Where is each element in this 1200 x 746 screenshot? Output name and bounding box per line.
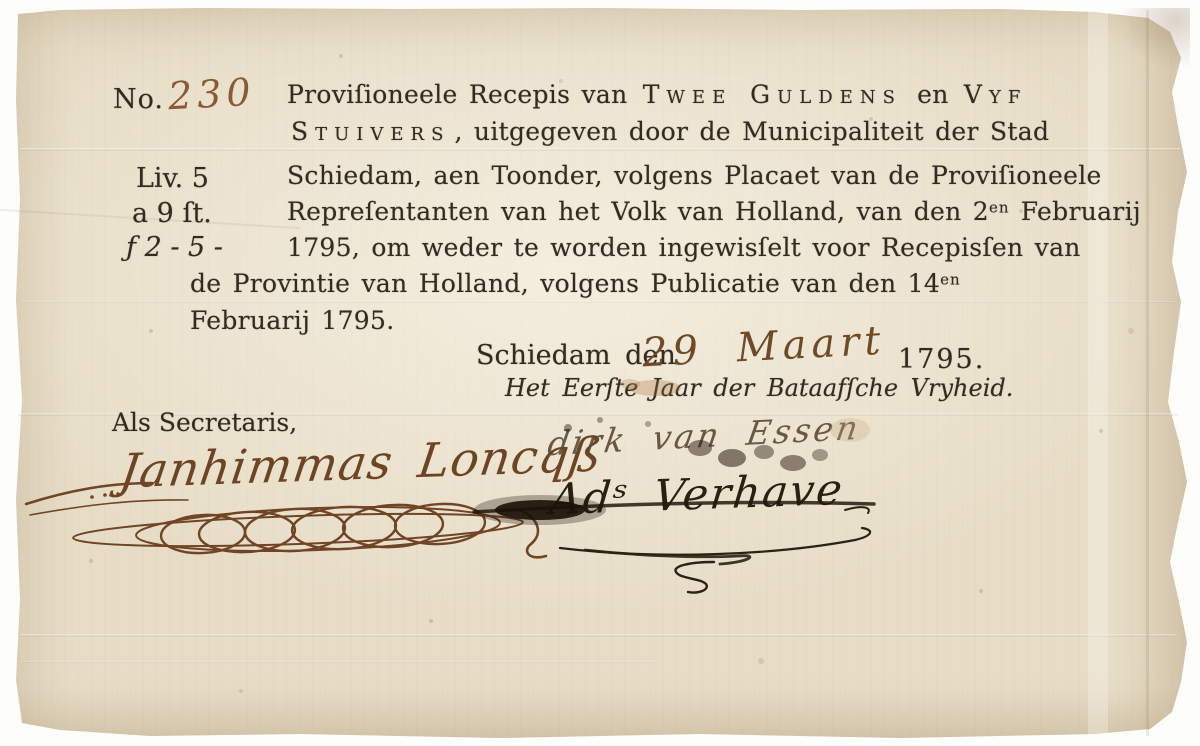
document-number-label: No. <box>113 84 164 115</box>
denomination-livres: Liv. 5 <box>136 163 209 194</box>
dateline-year: 1795. <box>898 344 985 375</box>
document-number-value: 230 <box>167 70 257 119</box>
text-segment: de Provintie van Holland, volgens Public… <box>190 269 940 298</box>
body-line-3: Schiedam, aen Toonder, volgens Placaet v… <box>287 161 1102 190</box>
signature-ads-verhave: Adˢ Verhave <box>547 465 846 525</box>
secretary-label: Als Secretaris, <box>112 408 297 437</box>
text-segment: Februarij <box>1010 197 1141 226</box>
text-segment: 1795, om weder te worden ingewisſelt voo… <box>287 233 1081 262</box>
paper-speckles <box>0 0 2 2</box>
denomination-stuivers-rate: a 9 ſt. <box>132 198 212 229</box>
era-line: Het Eerſte Jaar der Bataafſche Vryheid. <box>505 374 1013 402</box>
text-segment: en <box>989 199 1010 217</box>
body-line-6: de Provintie van Holland, volgens Public… <box>190 269 961 298</box>
body-line-1: Proviſioneele Recepis van Twee Guldens e… <box>287 80 1031 109</box>
text-segment: en <box>940 271 961 289</box>
text-segment: Twee Guldens <box>639 80 906 109</box>
text-segment: Februarij 1795. <box>190 306 394 335</box>
denomination-florin-amount: ƒ 2 - 5 - <box>126 232 223 263</box>
text-segment: en <box>906 80 960 109</box>
text-segment: Proviſioneele Recepis van <box>287 80 639 109</box>
text-segment: Schiedam, aen Toonder, volgens Placaet v… <box>287 161 1102 190</box>
body-line-5: 1795, om weder te worden ingewisſelt voo… <box>287 233 1081 262</box>
scanned-document: No. 230 Liv. 5 a 9 ſt. ƒ 2 - 5 - Proviſi… <box>0 0 1200 746</box>
body-line-7: Februarij 1795. <box>190 306 394 335</box>
text-segment: Repreſentanten van het Volk van Holland,… <box>287 197 989 226</box>
body-line-2: Stuivers, uitgegeven door de Municipalit… <box>287 117 1049 146</box>
text-segment: Stuivers <box>287 117 454 146</box>
text-segment: , uitgegeven door de Municipaliteit der … <box>454 117 1049 146</box>
body-line-4: Repreſentanten van het Volk van Holland,… <box>287 197 1141 226</box>
text-segment: Vyf <box>960 80 1031 109</box>
